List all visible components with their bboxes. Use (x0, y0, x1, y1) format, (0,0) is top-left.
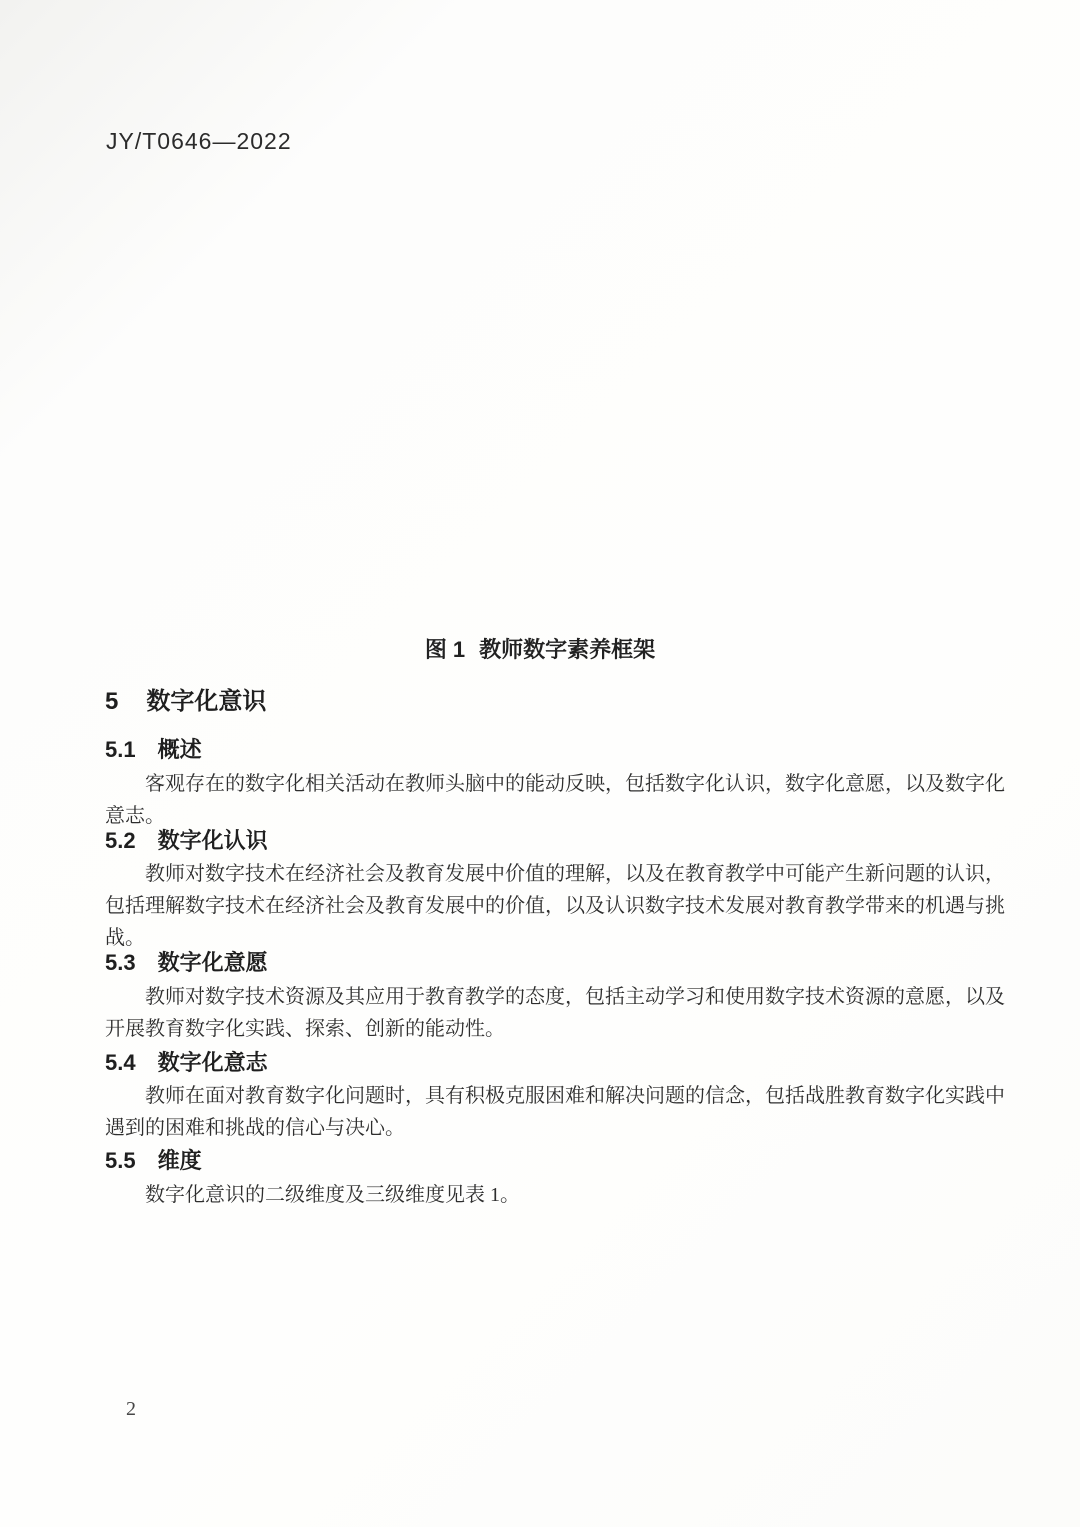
figure-caption-text: 教师数字素养框架 (479, 637, 655, 662)
section-heading-5-3: 5.3数字化意愿 (105, 946, 268, 977)
section-title: 数字化意志 (158, 1050, 268, 1075)
section-number: 5.3 (105, 950, 136, 975)
section-number: 5.1 (105, 737, 136, 762)
section-body-5-5: 数字化意识的二级维度及三级维度见表 1。 (105, 1179, 1005, 1211)
section-heading-5-1: 5.1概述 (105, 733, 202, 764)
document-page: JY/T0646—2022 图 1教师数字素养框架 5数字化意识 5.1概述 客… (0, 0, 1080, 1527)
section-number: 5.5 (105, 1148, 136, 1173)
chapter-title: 数字化意识 (146, 688, 266, 715)
section-heading-5-2: 5.2数字化认识 (105, 824, 268, 855)
section-heading-5-4: 5.4数字化意志 (105, 1046, 268, 1077)
section-body-5-2: 教师对数字技术在经济社会及教育发展中价值的理解，以及在教育教学中可能产生新问题的… (105, 858, 1005, 954)
figure-caption: 图 1教师数字素养框架 (0, 633, 1080, 664)
section-body-5-1: 客观存在的数字化相关活动在教师头脑中的能动反映，包括数字化认识，数字化意愿，以及… (105, 768, 1005, 832)
section-title: 数字化意愿 (158, 950, 268, 975)
section-number: 5.2 (105, 828, 136, 853)
section-body-5-3: 教师对数字技术资源及其应用于教育教学的态度，包括主动学习和使用数字技术资源的意愿… (105, 981, 1005, 1045)
section-number: 5.4 (105, 1050, 136, 1075)
section-title: 数字化认识 (158, 828, 268, 853)
chapter-heading: 5数字化意识 (105, 681, 266, 716)
page-number: 2 (126, 1398, 136, 1421)
figure-caption-label: 图 1 (425, 637, 465, 662)
section-title: 维度 (158, 1148, 202, 1173)
standard-number-header: JY/T0646—2022 (106, 128, 292, 155)
section-title: 概述 (158, 737, 202, 762)
section-heading-5-5: 5.5维度 (105, 1144, 202, 1175)
chapter-number: 5 (105, 688, 118, 715)
section-body-5-4: 教师在面对教育数字化问题时，具有积极克服困难和解决问题的信念，包括战胜教育数字化… (105, 1080, 1005, 1144)
